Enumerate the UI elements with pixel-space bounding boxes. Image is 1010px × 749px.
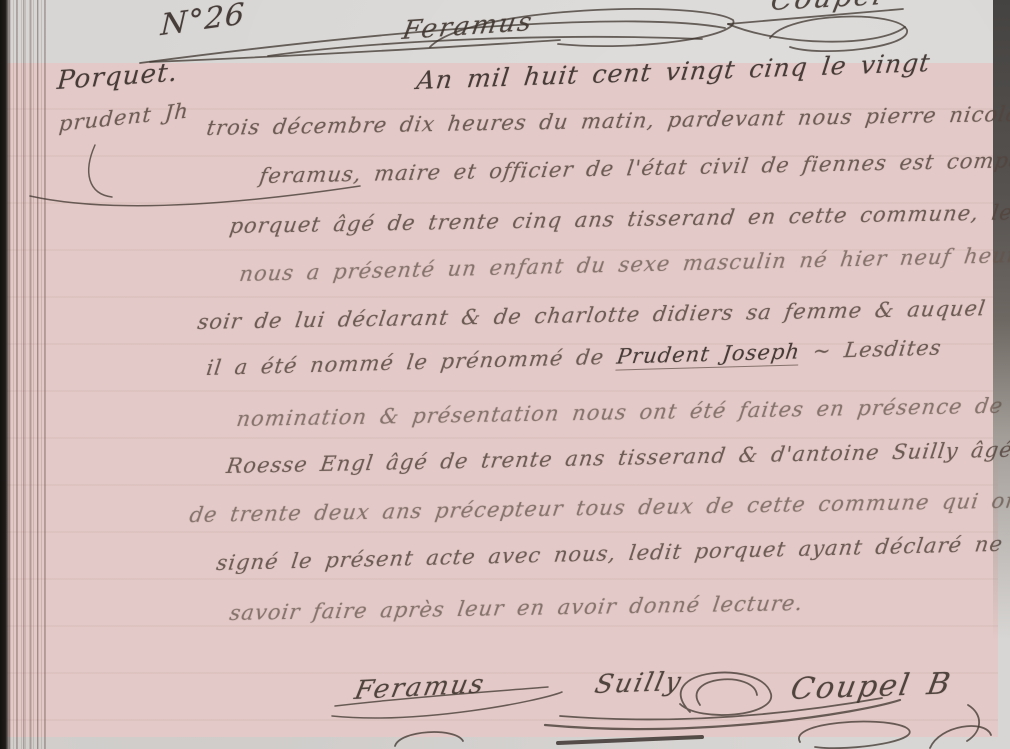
register-page-scan: N°26 Porquet. prudent Jh Feramus Coupel … — [0, 0, 1010, 749]
record-line-post: ~ Lesdites — [799, 336, 944, 364]
signature-suilly: Suilly — [592, 667, 685, 700]
prev-record-coupel-flourish — [728, 9, 907, 51]
record-number: N°26 — [160, 0, 246, 43]
signature-coupel: Coupel B — [788, 666, 955, 707]
newborn-name-underlined: Prudent Joseph — [615, 340, 802, 371]
binding-streaks — [9, 0, 49, 749]
prev-record-signature-left: Feramus — [400, 7, 536, 46]
prev-record-signature-right: Coupel — [768, 0, 888, 17]
